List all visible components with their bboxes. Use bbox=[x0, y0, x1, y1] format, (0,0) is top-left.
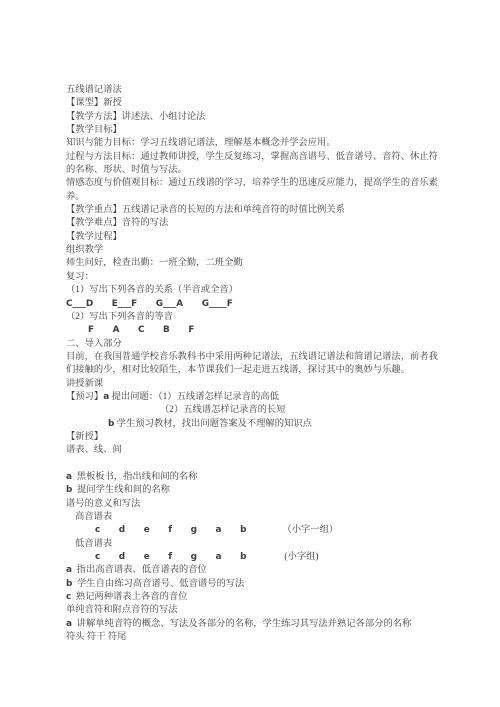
text-line: 情感态度与价值观目标：通过五线谱的学习，培养学生的迅速反应能力，提高学生的音乐素 bbox=[66, 177, 442, 190]
music-letters: C___D E___F G___A G____F bbox=[66, 299, 233, 309]
text-segment: 黑板板书，指出线和间的名称 bbox=[72, 472, 198, 482]
text-line: C___D E___F G___A G____F bbox=[66, 298, 442, 311]
text-segment: （1）写出下列各音的关系（半音或全音） bbox=[66, 285, 238, 295]
text-segment: 低音谱表 bbox=[75, 539, 112, 549]
text-segment: 【教学过程】 bbox=[66, 232, 122, 242]
text-segment: 学生预习教材，找出问题答案及不理解的知识点 bbox=[114, 419, 312, 429]
text-segment: 高音谱表 bbox=[75, 512, 112, 522]
text-segment: 提问学生线和间的名称 bbox=[72, 485, 170, 495]
text-segment: 学生自由练习高音谱号、低音谱号的写法 bbox=[72, 579, 244, 589]
text-line: b 提问学生线和间的名称 bbox=[66, 484, 442, 497]
text-line: 【教学目标】 bbox=[66, 124, 442, 137]
text-segment: 师生问好，检查出勤：一班全勤，二班全勤 bbox=[66, 258, 243, 268]
text-segment: 【预习】 bbox=[66, 392, 103, 402]
text-segment: 提出问题：（1）五线谱怎样记录音的高低 bbox=[109, 392, 279, 402]
text-line: 符头 符干 符尾 bbox=[66, 631, 442, 644]
text-segment: 【教学难点】音符的写法 bbox=[66, 218, 168, 228]
music-letters: c d e f g a b bbox=[95, 552, 246, 562]
text-line: a 讲解单纯音符的概念、写法及各部分的名称，学生练习其写法并熟记各部分的名称 bbox=[66, 618, 442, 631]
text-line: 高音谱表 bbox=[66, 511, 442, 524]
text-segment: 的名称、形状、时值与写法。 bbox=[66, 165, 187, 175]
text-segment: 讲解单纯音符的概念、写法及各部分的名称，学生练习其写法并熟记各部分的名称 bbox=[72, 619, 411, 629]
text-line: 们接触的少，相对比较陌生，本节课我们一起走进五线谱，探讨其中的奥妙与乐趣。 bbox=[66, 364, 442, 377]
text-line: b 学生自由练习高音谱号、低音谱号的写法 bbox=[66, 578, 442, 591]
text-line: 【教学难点】音符的写法 bbox=[66, 217, 442, 230]
text-segment: （小字一组） bbox=[282, 525, 338, 535]
text-segment: 【教学目标】 bbox=[66, 125, 122, 135]
text-line: 养。 bbox=[66, 191, 442, 204]
text-line: （1）写出下列各音的关系（半音或全音） bbox=[66, 284, 442, 297]
text-line: 【课型】新授 bbox=[66, 97, 442, 110]
text-segment: 熟记两种谱表上各音的音位 bbox=[71, 592, 187, 602]
text-line: 谱表、线、间 bbox=[66, 444, 442, 457]
text-segment: 五线谱记谱法 bbox=[66, 85, 122, 95]
text-line: F A C B F bbox=[66, 324, 442, 337]
text-segment: 单纯音符和附点音符的写法 bbox=[66, 605, 178, 615]
text-line: 的名称、形状、时值与写法。 bbox=[66, 164, 442, 177]
text-segment: 情感态度与价值观目标：通过五线谱的学习，培养学生的迅速反应能力，提高学生的音乐素 bbox=[66, 178, 438, 188]
text-line: 师生问好，检查出勤：一班全勤，二班全勤 bbox=[66, 257, 442, 270]
text-line: 知识与能力目标：学习五线谱记谱法，理解基本概念并学会应用。 bbox=[66, 137, 442, 150]
music-letters: F A C B F bbox=[88, 325, 194, 335]
text-segment: （2）五线谱怎样记录音的长短 bbox=[160, 405, 286, 415]
text-segment: 组织教学 bbox=[66, 245, 103, 255]
text-segment: 养。 bbox=[66, 192, 85, 202]
document-page: 五线谱记谱法【课型】新授【教学方法】讲述法、小组讨论法【教学目标】知识与能力目标… bbox=[0, 0, 500, 707]
text-line: c d e f g a b(小字组) bbox=[66, 551, 442, 564]
text-line: 【新授】 bbox=[66, 431, 442, 444]
text-segment: 【新授】 bbox=[66, 432, 103, 442]
text-segment: 过程与方法目标：通过教师讲授，学生反复练习，掌握高音谱号、低音谱号、音符、休止符 bbox=[66, 152, 438, 162]
text-line: a 黑板板书，指出线和间的名称 bbox=[66, 471, 442, 484]
text-segment: 讲授新课 bbox=[66, 379, 103, 389]
text-line: b 学生预习教材，找出问题答案及不理解的知识点 bbox=[66, 418, 442, 431]
text-segment: 二、导入部分 bbox=[66, 339, 122, 349]
text-line: （2）五线谱怎样记录音的长短 bbox=[66, 404, 442, 417]
text-line: 【教学重点】五线谱记录音的长短的方法和单纯音符的时值比例关系 bbox=[66, 204, 442, 217]
text-line: 【预习】a 提出问题：（1）五线谱怎样记录音的高低 bbox=[66, 391, 442, 404]
text-segment: 谱号的意义和写法 bbox=[66, 499, 140, 509]
text-line: 单纯音符和附点音符的写法 bbox=[66, 604, 442, 617]
text-segment: 【教学重点】五线谱记录音的长短的方法和单纯音符的时值比例关系 bbox=[66, 205, 345, 215]
text-line: 讲授新课 bbox=[66, 378, 442, 391]
text-line: 五线谱记谱法 bbox=[66, 84, 442, 97]
text-line: （2）写出下列各音的等音 bbox=[66, 311, 442, 324]
text-line: 目前，在我国普通学校音乐教科书中采用两种记谱法，五线谱记谱法和简谱记谱法，前者我 bbox=[66, 351, 442, 364]
text-segment: 复习： bbox=[66, 272, 94, 282]
text-segment: 目前，在我国普通学校音乐教科书中采用两种记谱法，五线谱记谱法和简谱记谱法，前者我 bbox=[66, 352, 438, 362]
text-line: 【教学过程】 bbox=[66, 231, 442, 244]
text-segment: 【教学方法】讲述法、小组讨论法 bbox=[66, 112, 205, 122]
text-line: 过程与方法目标：通过教师讲授，学生反复练习，掌握高音谱号、低音谱号、音符、休止符 bbox=[66, 151, 442, 164]
text-line: 低音谱表 bbox=[66, 538, 442, 551]
text-line: c 熟记两种谱表上各音的音位 bbox=[66, 591, 442, 604]
music-letters: c d e f g a b bbox=[95, 525, 246, 535]
text-segment: 【课型】新授 bbox=[66, 98, 122, 108]
text-line: 二、导入部分 bbox=[66, 338, 442, 351]
text-line: 【教学方法】讲述法、小组讨论法 bbox=[66, 111, 442, 124]
text-segment: (小字组) bbox=[284, 552, 318, 562]
text-segment: 指出高音谱表、低音谱表的音位 bbox=[72, 565, 207, 575]
text-segment: 谱表、线、间 bbox=[66, 445, 122, 455]
text-line: 谱号的意义和写法 bbox=[66, 498, 442, 511]
text-line: c d e f g a b（小字一组） bbox=[66, 524, 442, 537]
text-line: a 指出高音谱表、低音谱表的音位 bbox=[66, 564, 442, 577]
text-line: 组织教学 bbox=[66, 244, 442, 257]
text-line bbox=[66, 458, 442, 471]
text-segment: （2）写出下列各音的等音 bbox=[66, 312, 173, 322]
text-segment: 们接触的少，相对比较陌生，本节课我们一起走进五线谱，探讨其中的奥妙与乐趣。 bbox=[66, 365, 410, 375]
text-segment: 知识与能力目标：学习五线谱记谱法，理解基本概念并学会应用。 bbox=[66, 138, 336, 148]
text-segment: 符头 符干 符尾 bbox=[66, 632, 126, 642]
text-line: 复习： bbox=[66, 271, 442, 284]
